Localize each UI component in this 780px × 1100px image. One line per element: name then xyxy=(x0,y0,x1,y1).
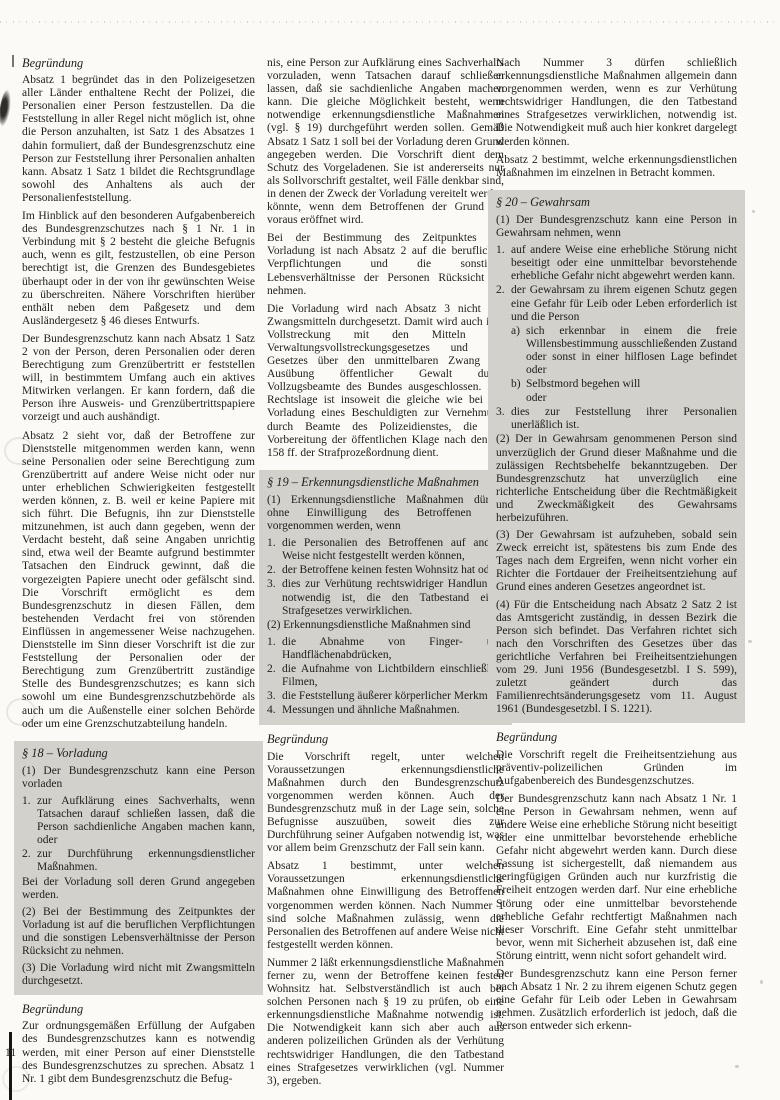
paragraph: Absatz 2 sieht vor, daß der Betroffene z… xyxy=(22,430,255,731)
list-item: 2.der Betroffene keinen festen Wohnsitz … xyxy=(267,564,504,577)
paragraph: Nummer 2 läßt erkennungsdienstliche Maßn… xyxy=(267,957,504,1088)
list-item-text: Selbstmord begehen will xyxy=(526,378,737,391)
scan-ink-blob xyxy=(0,89,12,126)
list-item-marker: 1. xyxy=(267,636,282,662)
scan-corner-tick xyxy=(12,55,14,67)
list-item: 1.die Abnahme von Finger- und Handfläche… xyxy=(267,636,504,662)
list-item-marker: 3. xyxy=(496,406,511,432)
list-item: 2.die Aufnahme von Lichtbildern einschli… xyxy=(267,663,504,689)
section-heading: Begründung xyxy=(22,57,255,70)
list-item: 3.die Feststellung äußerer körperlicher … xyxy=(267,690,504,703)
list-item-marker: 2. xyxy=(22,848,37,874)
paragraph: Die Vorschrift regelt die Freiheitsentzi… xyxy=(496,749,737,788)
section-heading: Begründung xyxy=(496,731,737,744)
list-item-text: der Betroffene keinen festen Wohnsitz ha… xyxy=(282,564,504,577)
list-item: 2.der Gewahrsam zu ihrem eigenen Schutz … xyxy=(496,284,737,323)
page-number: 11 xyxy=(5,1047,16,1059)
list-item-marker: a) xyxy=(511,325,526,377)
list-item: 1.auf andere Weise eine erhebliche Störu… xyxy=(496,244,737,283)
list-item: a)sich erkennbar in einem die freie Will… xyxy=(496,325,737,377)
section-heading: Begründung xyxy=(22,1003,255,1016)
list-item-marker: 1. xyxy=(496,244,511,283)
list-item-marker: 1. xyxy=(22,795,37,847)
section-heading: Begründung xyxy=(267,733,504,746)
text-column-left: BegründungAbsatz 1 begründet das in den … xyxy=(22,57,255,1091)
list-item-marker: 4. xyxy=(267,704,282,717)
list-item: oder xyxy=(496,392,737,405)
scan-speck xyxy=(760,980,763,984)
list-item-text: der Gewahrsam zu ihrem eigenen Schutz ge… xyxy=(511,284,737,323)
paragraph: Absatz 2 bestimmt, welche erkennungsdien… xyxy=(496,154,737,180)
text-column-right: Nach Nummer 3 dürfen schließlich erkennu… xyxy=(496,57,737,1038)
list-item-marker: 2. xyxy=(267,663,282,689)
law-paragraph: (3) Der Gewahrsam ist aufzuheben, sobald… xyxy=(496,529,737,594)
paragraph: Im Hinblick auf den besonderen Aufgabenb… xyxy=(22,210,255,328)
list-item-text: die Aufnahme von Lichtbildern einschließ… xyxy=(282,663,504,689)
list-item: 1.die Personalien des Betroffenen auf an… xyxy=(267,537,504,563)
list-item: 3.dies zur Feststellung ihrer Personalie… xyxy=(496,406,737,432)
scan-edge-line xyxy=(9,1032,12,1100)
list-item-text: dies zur Verhütung rechtswidriger Handlu… xyxy=(282,578,504,617)
list-item-text: sich erkennbar in einem die freie Willen… xyxy=(526,325,737,377)
list-item-text: dies zur Feststellung ihrer Personalien … xyxy=(511,406,737,432)
paragraph: Zur ordnungsgemäßen Erfüllung der Aufgab… xyxy=(22,1020,255,1085)
paragraph: Die Vorladung wird nach Absatz 3 nicht m… xyxy=(267,303,504,460)
list-item-text: auf andere Weise eine erhebliche Störung… xyxy=(511,244,737,283)
paragraph: Absatz 1 bestimmt, unter welchen Vorauss… xyxy=(267,860,504,952)
law-paragraph: (2) Erkennungsdienstliche Maßnahmen sind xyxy=(267,619,504,632)
list-item-text: die Feststellung äußerer körperlicher Me… xyxy=(282,690,504,703)
list-item-marker: 2. xyxy=(496,284,511,323)
list-item-marker: 2. xyxy=(267,564,282,577)
paragraph: Die Vorschrift regelt, unter welchen Vor… xyxy=(267,751,504,856)
list-item-text: Messungen und ähnliche Maßnahmen. xyxy=(282,704,504,717)
law-section-title: § 18 – Vorladung xyxy=(22,747,255,760)
law-section-title: § 19 – Erkennungsdienstliche Maßnahmen xyxy=(267,476,504,489)
law-paragraph: (4) Für die Entscheidung nach Absatz 2 S… xyxy=(496,599,737,717)
law-paragraph: (2) Bei der Bestimmung des Zeitpunktes d… xyxy=(22,906,255,958)
list-item: 3.dies zur Verhütung rechtswidriger Hand… xyxy=(267,578,504,617)
list-item-text: zur Aufklärung eines Sachverhalts, wenn … xyxy=(37,795,255,847)
list-item-marker xyxy=(511,392,526,405)
scan-speck xyxy=(752,210,755,213)
list-item: 4.Messungen und ähnliche Maßnahmen. xyxy=(267,704,504,717)
list-item: 2.zur Durchführung erkennungsdienstliche… xyxy=(22,848,255,874)
list-item-text: die Abnahme von Finger- und Handflächena… xyxy=(282,636,504,662)
law-paragraph: (1) Der Bundesgrenzschutz kann eine Pers… xyxy=(496,214,737,240)
law-paragraph: (2) Der in Gewahrsam genommenen Person s… xyxy=(496,433,737,525)
list-item-text: zur Durchführung erkennungsdienstlicher … xyxy=(37,848,255,874)
scan-noise-line xyxy=(0,21,780,23)
scan-speck xyxy=(735,1065,739,1068)
paragraph: Der Bundesgrenzschutz kann nach Absatz 1… xyxy=(22,333,255,425)
law-paragraph: (3) Die Vorladung wird nicht mit Zwangsm… xyxy=(22,962,255,988)
paragraph: Absatz 1 begründet das in den Polizeiges… xyxy=(22,74,255,205)
law-paragraph: Bei der Vorladung soll deren Grund angeg… xyxy=(22,876,255,902)
paragraph: Bei der Bestimmung des Zeitpunktes der V… xyxy=(267,232,504,297)
list-item-marker: 3. xyxy=(267,690,282,703)
paragraph: Der Bundesgrenzschutz kann eine Person f… xyxy=(496,968,737,1033)
list-item-marker: 3. xyxy=(267,578,282,617)
list-item: b)Selbstmord begehen will xyxy=(496,378,737,391)
list-item-marker: 1. xyxy=(267,537,282,563)
law-section: § 19 – Erkennungsdienstliche Maßnahmen(1… xyxy=(259,470,512,726)
list-item: 1.zur Aufklärung eines Sachverhalts, wen… xyxy=(22,795,255,847)
paragraph: Nach Nummer 3 dürfen schließlich erkennu… xyxy=(496,57,737,149)
law-section: § 20 – Gewahrsam(1) Der Bundesgrenzschut… xyxy=(488,190,745,724)
text-column-middle: nis, eine Person zur Aufklärung eines Sa… xyxy=(267,57,504,1093)
list-item-text: oder xyxy=(526,392,737,405)
list-item-text: die Personalien des Betroffenen auf ande… xyxy=(282,537,504,563)
paragraph: nis, eine Person zur Aufklärung eines Sa… xyxy=(267,57,504,227)
document-page: 11 BegründungAbsatz 1 begründet das in d… xyxy=(0,0,780,1100)
law-paragraph: (1) Der Bundesgrenzschutz kann eine Pers… xyxy=(22,765,255,791)
law-section: § 18 – Vorladung(1) Der Bundesgrenzschut… xyxy=(14,741,263,996)
scan-speck xyxy=(748,640,752,643)
law-paragraph: (1) Erkennungsdienstliche Maßnahmen dürf… xyxy=(267,494,504,533)
list-item-marker: b) xyxy=(511,378,526,391)
paragraph: Der Bundesgrenzschutz kann nach Absatz 1… xyxy=(496,793,737,963)
law-section-title: § 20 – Gewahrsam xyxy=(496,196,737,209)
